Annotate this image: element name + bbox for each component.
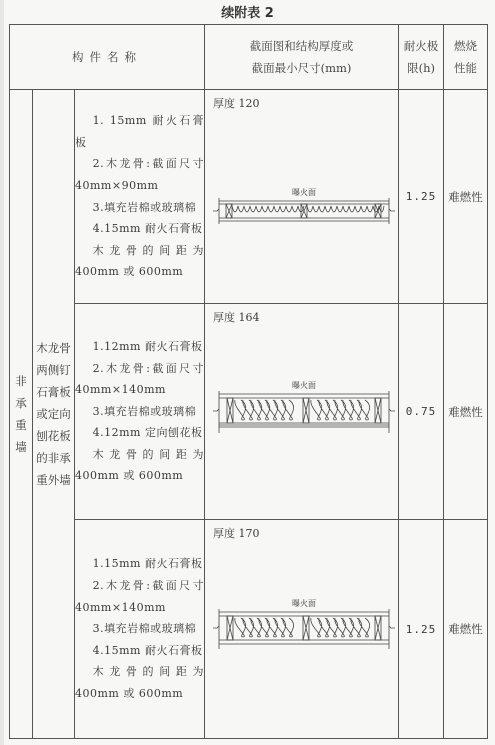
combustion-value: 难燃性	[444, 90, 488, 304]
category-char: 墙	[10, 436, 32, 458]
header-component-name: 构件名称	[10, 25, 205, 90]
table-title: 续附表 2	[0, 2, 495, 21]
subcategory-line: 或定向	[33, 403, 74, 425]
subcategory-line: 刨花板	[33, 425, 74, 447]
construction-description: 1.12mm 耐火石膏板 2.木龙骨:截面尺寸 40mm×140mm 3.填充岩…	[75, 304, 205, 520]
fire-resistance-value: 0.75	[399, 304, 444, 520]
construction-description: 1. 15mm 耐火石膏板 2.木龙骨:截面尺寸 40mm×90mm 3.填充岩…	[75, 90, 205, 304]
desc-item: 木龙骨的间距为400mm 或 600mm	[75, 661, 204, 704]
desc-item: 3.填充岩棉或玻璃棉	[75, 618, 204, 640]
table-row: 非 承 重 墙 木龙骨 两侧钉 石膏板 或定向 刨花板 的非承 重外墙 1. 1…	[10, 90, 488, 304]
thickness-label: 厚度 120	[213, 95, 260, 111]
subcategory-cell: 木龙骨 两侧钉 石膏板 或定向 刨花板 的非承 重外墙	[33, 90, 75, 739]
fire-face-label: 曝火面	[213, 187, 395, 198]
header-section-line2: 截面最小尺寸(mm)	[205, 57, 398, 79]
desc-item: 木龙骨的间距为400mm 或 600mm	[75, 444, 204, 487]
desc-item: 3.填充岩棉或玻璃棉	[75, 197, 204, 219]
fire-resistance-value: 1.25	[399, 520, 444, 739]
combustion-value: 难燃性	[444, 304, 488, 520]
header-section: 截面图和结构厚度或 截面最小尺寸(mm)	[205, 25, 399, 90]
construction-description: 1.15mm 耐火石膏板 2.木龙骨:截面尺寸 40mm×140mm 3.填充岩…	[75, 520, 205, 739]
wall-section-170-icon	[213, 609, 395, 649]
desc-item: 3.填充岩棉或玻璃棉	[75, 401, 204, 423]
desc-item: 1.15mm 耐火石膏板	[75, 553, 204, 575]
combustion-value: 难燃性	[444, 520, 488, 739]
header-row: 构件名称 截面图和结构厚度或 截面最小尺寸(mm) 耐火极 限(h) 燃烧 性能	[10, 25, 488, 90]
category-char: 承	[10, 392, 32, 414]
spec-table: 构件名称 截面图和结构厚度或 截面最小尺寸(mm) 耐火极 限(h) 燃烧 性能…	[9, 24, 488, 739]
category-cell: 非 承 重 墙	[10, 90, 33, 739]
thickness-label: 厚度 164	[213, 309, 260, 325]
subcategory-line: 两侧钉	[33, 359, 74, 381]
wall-section-120-icon	[213, 198, 395, 224]
section-figure-cell: 厚度 120 曝火面	[205, 90, 399, 304]
header-fire-resistance-line1: 耐火极	[399, 35, 443, 57]
table-row: 1.12mm 耐火石膏板 2.木龙骨:截面尺寸 40mm×140mm 3.填充岩…	[10, 304, 488, 520]
fire-face-label: 曝火面	[213, 380, 395, 391]
fire-face-label: 曝火面	[213, 598, 395, 609]
desc-item: 2.木龙骨:截面尺寸 40mm×140mm	[75, 575, 204, 618]
category-char: 重	[10, 414, 32, 436]
desc-item: 2.木龙骨:截面尺寸 40mm×90mm	[75, 153, 204, 196]
wall-section-diagram: 曝火面	[213, 598, 395, 652]
section-figure-cell: 厚度 164 曝火面	[205, 304, 399, 520]
subcategory-line: 木龙骨	[33, 337, 74, 359]
desc-item: 2.木龙骨:截面尺寸 40mm×140mm	[75, 358, 204, 401]
desc-item: 1.12mm 耐火石膏板	[75, 336, 204, 358]
wall-section-diagram: 曝火面	[213, 187, 395, 227]
header-combustion-line2: 性能	[444, 57, 487, 79]
category-char: 非	[10, 370, 32, 392]
wall-section-164-icon	[213, 391, 395, 433]
subcategory-line: 石膏板	[33, 381, 74, 403]
desc-item: 木龙骨的间距为400mm 或 600mm	[75, 240, 204, 283]
header-section-line1: 截面图和结构厚度或	[205, 35, 398, 57]
fire-resistance-value: 1.25	[399, 90, 444, 304]
header-fire-resistance-line2: 限(h)	[399, 57, 443, 79]
header-fire-resistance: 耐火极 限(h)	[399, 25, 444, 90]
desc-item: 4.15mm 耐火石膏板	[75, 640, 204, 662]
thickness-label: 厚度 170	[213, 525, 260, 541]
header-combustion: 燃烧 性能	[444, 25, 488, 90]
header-combustion-line1: 燃烧	[444, 35, 487, 57]
desc-item: 4.15mm 耐火石膏板	[75, 218, 204, 240]
wall-section-diagram: 曝火面	[213, 380, 395, 436]
table-row: 1.15mm 耐火石膏板 2.木龙骨:截面尺寸 40mm×140mm 3.填充岩…	[10, 520, 488, 739]
section-figure-cell: 厚度 170 曝火面	[205, 520, 399, 739]
page-edge	[0, 0, 4, 745]
subcategory-line: 的非承	[33, 447, 74, 469]
desc-item: 4.12mm 定向刨花板	[75, 422, 204, 444]
subcategory-line: 重外墙	[33, 469, 74, 491]
desc-item: 1. 15mm 耐火石膏板	[75, 110, 204, 153]
